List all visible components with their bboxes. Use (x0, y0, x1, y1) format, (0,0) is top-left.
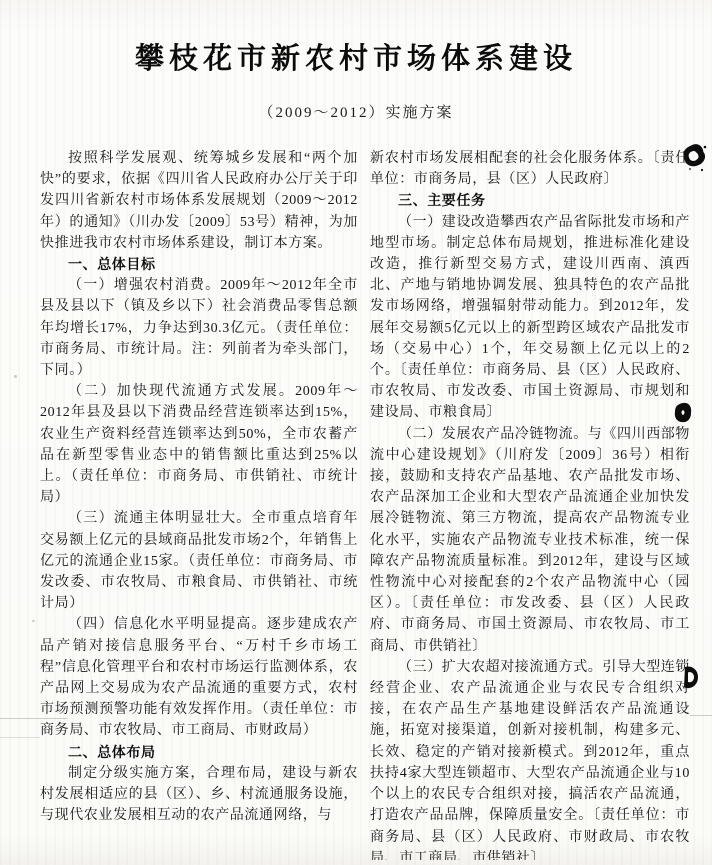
section-2-heading: 二、总体布局 (40, 742, 358, 763)
left-column: 按照科学发展观、统筹城乡发展和“两个加快”的要求，依据《四川省人民政府办公厅关于… (40, 148, 358, 860)
scan-speck-artifact (32, 620, 35, 622)
task-item-2: （二）发展农产品冷链物流。与《四川西部物流中心建设规划》（川府发〔2009〕36… (370, 424, 690, 657)
goal-item-2: （二）加快现代流通方式发展。2009年～2012年县及县以下消费品经营连锁率达到… (40, 381, 358, 508)
section-1-heading: 一、总体目标 (40, 254, 358, 275)
section-2-continuation: 新农村市场发展相配套的社会化服务体系。〔责任单位：市商务局，县（区）人民政府〕 (370, 148, 690, 190)
scanned-document-page: 攀枝花市新农村市场体系建设 （2009～2012）实施方案 按照科学发展观、统筹… (0, 0, 712, 865)
section-2-paragraph: 制定分级实施方案，合理布局，建设与新农村发展相适应的县（区）、乡、村流通服务设施… (40, 763, 358, 827)
section-3-heading: 三、主要任务 (370, 190, 690, 211)
goal-item-1: （一）增强农村消费。2009年～2012年全市县及县以下（镇及乡以下）社会消费品… (40, 275, 358, 381)
right-column: 新农村市场发展相配套的社会化服务体系。〔责任单位：市商务局，县（区）人民政府〕 … (370, 148, 690, 860)
scan-line-artifact (690, 715, 712, 716)
scan-line-artifact (0, 718, 68, 719)
scan-speck-artifact (14, 375, 17, 378)
goal-item-3: （三）流通主体明显壮大。全市重点培育年交易额上亿元的县域商品批发市场2个，年销售… (40, 508, 358, 614)
document-subtitle: （2009～2012）实施方案 (0, 101, 712, 122)
task-item-1: （一）建设改造攀西农产品省际批发市场和产地型市场。制定总体布局规划，推进标准化建… (370, 212, 690, 424)
document-title: 攀枝花市新农村市场体系建设 (0, 36, 712, 77)
goal-item-4: （四）信息化水平明显提高。逐步建成农产品产销对接信息服务平台、“万村千乡市场工程… (40, 614, 358, 741)
document-body: 按照科学发展观、统筹城乡发展和“两个加快”的要求，依据《四川省人民政府办公厅关于… (0, 148, 712, 860)
task-item-3: （三）扩大农超对接流通方式。引导大型连锁经营企业、农产品流通企业与农民专合组织对… (370, 657, 690, 860)
scan-line-artifact (0, 737, 40, 738)
intro-paragraph: 按照科学发展观、统筹城乡发展和“两个加快”的要求，依据《四川省人民政府办公厅关于… (40, 148, 358, 254)
